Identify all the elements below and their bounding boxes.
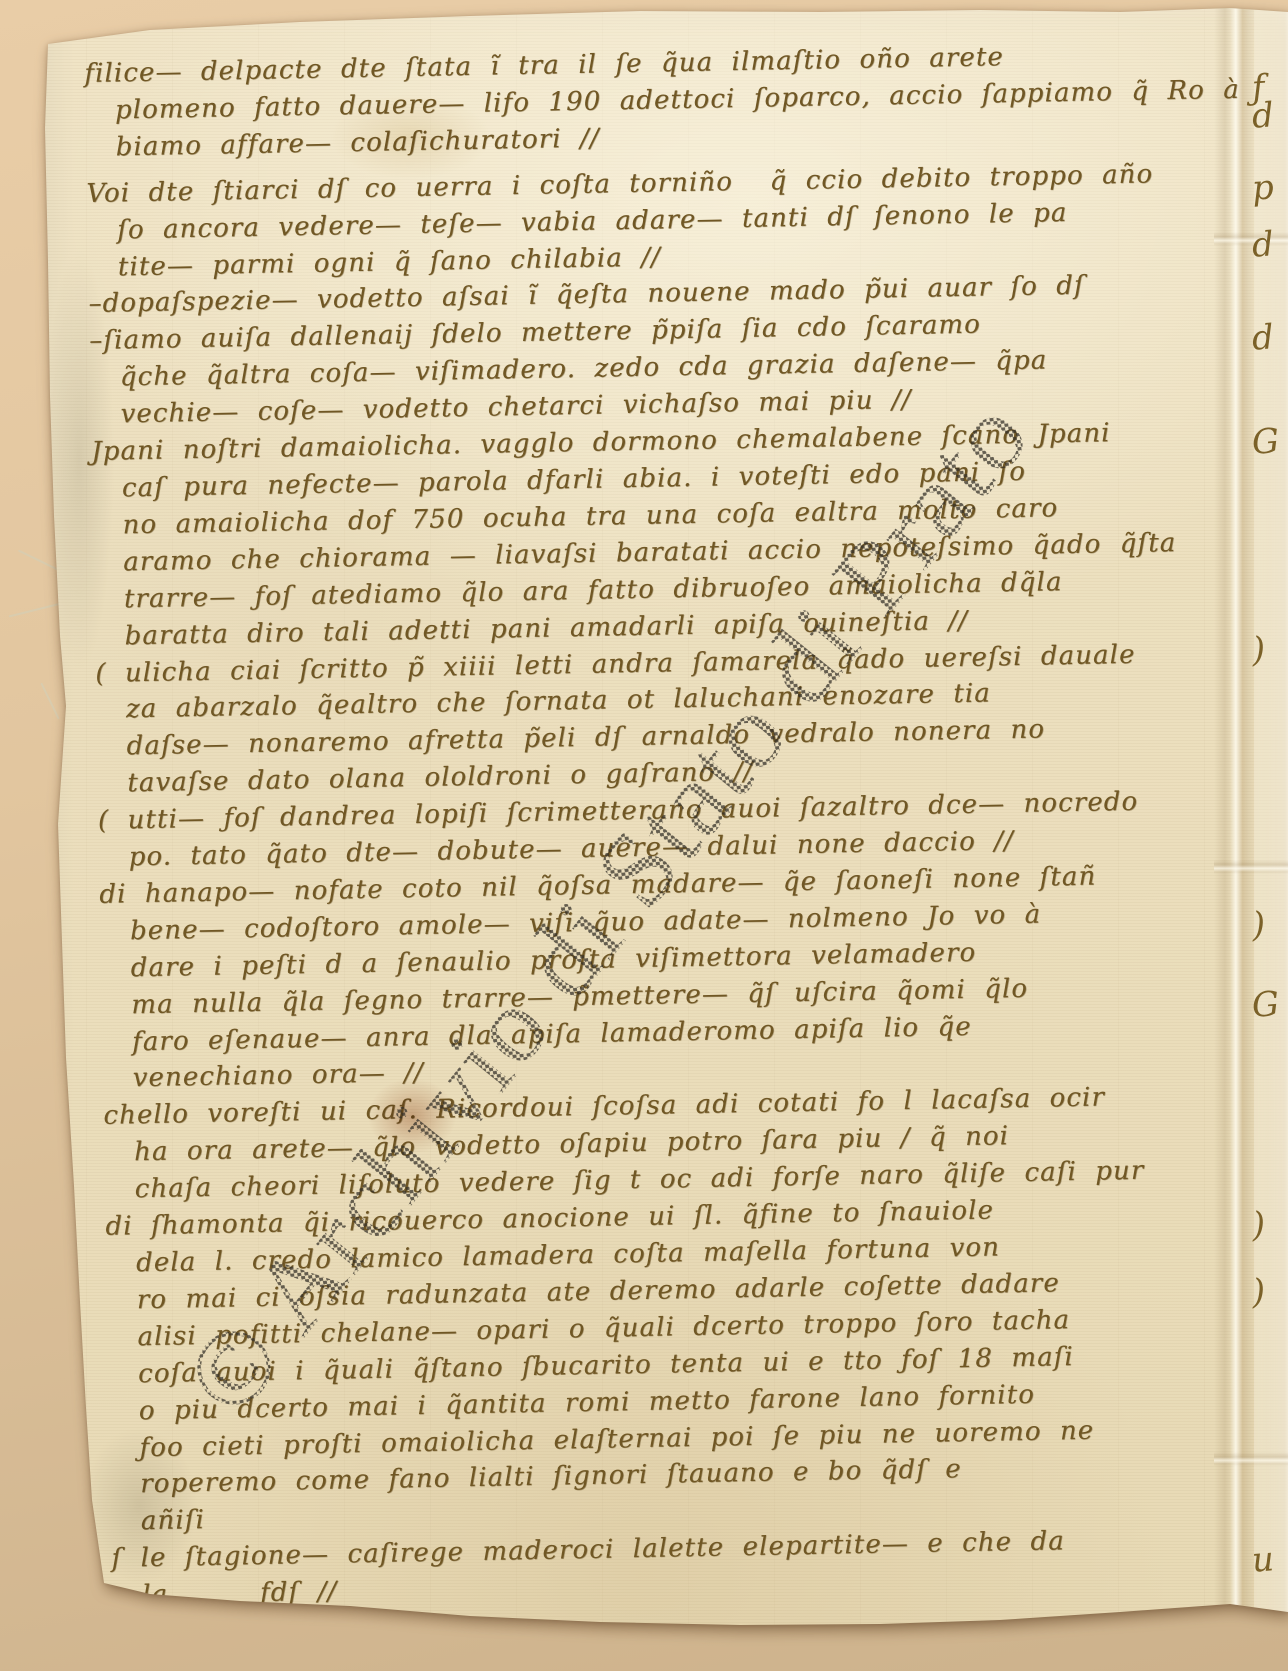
adjacent-leaf-glyph: d bbox=[1251, 95, 1276, 136]
adjacent-leaf-glyph: ) bbox=[1251, 630, 1267, 671]
adjacent-leaf-glyph: d bbox=[1251, 317, 1276, 358]
adjacent-leaf-glyph: u bbox=[1251, 1539, 1276, 1580]
fold-crease-vertical bbox=[1214, 0, 1256, 1671]
adjacent-leaf-glyph: ) bbox=[1251, 1205, 1267, 1246]
adjacent-leaf-glyphs: ƒdpddG))G))u bbox=[1252, 0, 1288, 1671]
adjacent-leaf-glyph: d bbox=[1251, 224, 1276, 265]
faint-stain bbox=[330, 95, 490, 179]
adjacent-leaf-glyph: p bbox=[1251, 167, 1276, 208]
adjacent-leaf-glyph: G bbox=[1251, 421, 1281, 463]
gray-patch-stain bbox=[82, 1428, 197, 1583]
adjacent-leaf-glyph: ) bbox=[1251, 1272, 1267, 1313]
adjacent-leaf-glyph: ) bbox=[1251, 905, 1267, 946]
scan-background: filice— delpacte dte ſtata ĩ tra il ſe q… bbox=[0, 0, 1288, 1671]
paper-shadow: filice— delpacte dte ſtata ĩ tra il ſe q… bbox=[0, 0, 1288, 1671]
manuscript-page: filice— delpacte dte ſtata ĩ tra il ſe q… bbox=[0, 0, 1288, 1671]
adjacent-leaf-glyph: G bbox=[1251, 984, 1281, 1026]
